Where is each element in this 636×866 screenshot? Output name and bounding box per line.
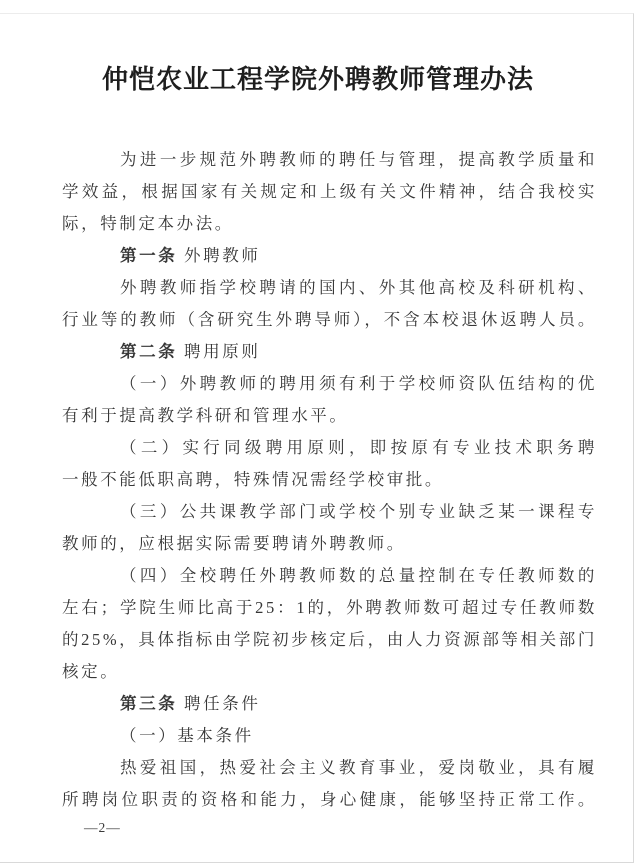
text-line: 一般不能低职高聘，特殊情况需经学校审批。 xyxy=(62,464,597,496)
line-text: 左右；学院生师比高于25：1的，外聘教师数可超过专任教师数 xyxy=(62,598,597,617)
line-text: 的25%，具体指标由学院初步核定后，由人力资源部等相关部门 xyxy=(62,630,597,649)
text-line: （三）公共课教学部门或学校个别专业缺乏某一课程专任 xyxy=(62,496,597,528)
line-text: 外聘教师指学校聘请的国内、外其他高校及科研机构、企业、 xyxy=(62,278,597,304)
line-text: （一）基本条件 xyxy=(120,726,254,745)
document-title: 仲恺农业工程学院外聘教师管理办法 xyxy=(0,63,636,97)
text-line: 教师的，应根据实际需要聘请外聘教师。 xyxy=(62,528,597,560)
text-line: 的25%，具体指标由学院初步核定后，由人力资源部等相关部门 xyxy=(62,624,597,656)
line-text: 一般不能低职高聘，特殊情况需经学校审批。 xyxy=(62,470,444,489)
page-number: —2— xyxy=(84,818,121,838)
text-line: 核定。 xyxy=(62,656,597,688)
text-line: 第二条 聘用原则 xyxy=(62,336,597,368)
line-text: 际，特制定本办法。 xyxy=(62,214,234,233)
text-line: （一）基本条件 xyxy=(62,720,597,752)
text-line: 所聘岗位职责的资格和能力，身心健康，能够坚持正常工作。 xyxy=(62,784,597,816)
line-text: 热爱祖国，热爱社会主义教育事业，爱岗敬业，具有履行 xyxy=(62,758,597,784)
line-text: 为进一步规范外聘教师的聘任与管理，提高教学质量和办 xyxy=(62,150,597,176)
text-line: （二）实行同级聘用原则，即按原有专业技术职务聘任， xyxy=(62,432,597,464)
line-text: 聘任条件 xyxy=(177,694,260,713)
line-text: 行业等的教师（含研究生外聘导师），不含本校退休返聘人员。 xyxy=(62,310,597,329)
line-text: 所聘岗位职责的资格和能力，身心健康，能够坚持正常工作。 xyxy=(62,790,597,809)
article-heading: 第二条 xyxy=(120,342,177,361)
text-line: 际，特制定本办法。 xyxy=(62,208,597,240)
line-text: （三）公共课教学部门或学校个别专业缺乏某一课程专任 xyxy=(62,502,597,528)
line-text: 聘用原则 xyxy=(177,342,260,361)
text-line: 外聘教师指学校聘请的国内、外其他高校及科研机构、企业、 xyxy=(62,272,597,304)
text-line: （四）全校聘任外聘教师数的总量控制在专任教师数的25% xyxy=(62,560,597,592)
text-line: 学效益，根据国家有关规定和上级有关文件精神，结合我校实 xyxy=(62,176,597,208)
line-text: （一）外聘教师的聘用须有利于学校师资队伍结构的优化， xyxy=(62,374,597,400)
text-line: 热爱祖国，热爱社会主义教育事业，爱岗敬业，具有履行 xyxy=(62,752,597,784)
document-page: 仲恺农业工程学院外聘教师管理办法 为进一步规范外聘教师的聘任与管理，提高教学质量… xyxy=(0,0,636,866)
line-text: （四）全校聘任外聘教师数的总量控制在专任教师数的25% xyxy=(62,566,597,592)
text-line: 第三条 聘任条件 xyxy=(62,688,597,720)
text-line: （一）外聘教师的聘用须有利于学校师资队伍结构的优化， xyxy=(62,368,597,400)
document-body: 为进一步规范外聘教师的聘任与管理，提高教学质量和办学效益，根据国家有关规定和上级… xyxy=(62,144,597,816)
text-line: 第一条 外聘教师 xyxy=(62,240,597,272)
line-text: 外聘教师 xyxy=(177,246,260,265)
line-text: 教师的，应根据实际需要聘请外聘教师。 xyxy=(62,534,406,553)
line-text: 学效益，根据国家有关规定和上级有关文件精神，结合我校实 xyxy=(62,182,597,201)
line-text: 有利于提高教学科研和管理水平。 xyxy=(62,406,349,425)
text-line: 行业等的教师（含研究生外聘导师），不含本校退休返聘人员。 xyxy=(62,304,597,336)
text-line: 左右；学院生师比高于25：1的，外聘教师数可超过专任教师数 xyxy=(62,592,597,624)
text-line: 为进一步规范外聘教师的聘任与管理，提高教学质量和办 xyxy=(62,144,597,176)
text-line: 有利于提高教学科研和管理水平。 xyxy=(62,400,597,432)
article-heading: 第三条 xyxy=(120,694,177,713)
line-text: 核定。 xyxy=(62,662,119,681)
line-text: （二）实行同级聘用原则，即按原有专业技术职务聘任， xyxy=(62,438,597,464)
article-heading: 第一条 xyxy=(120,246,177,265)
